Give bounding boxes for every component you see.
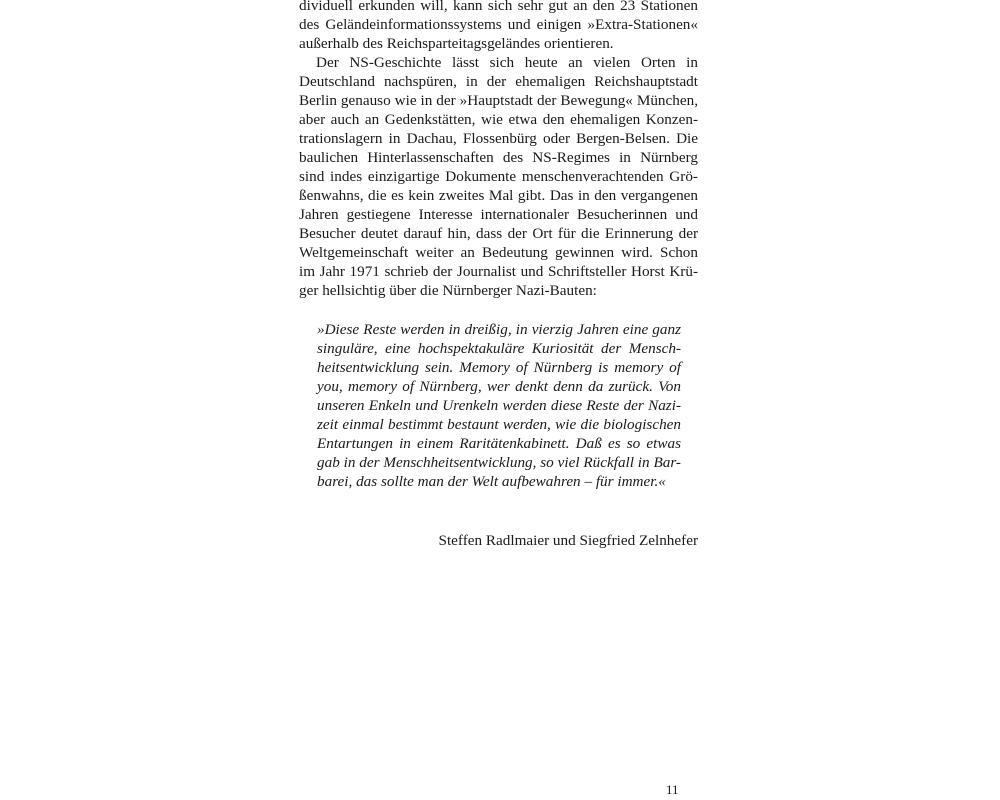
text-line: ger hellsichtig über die Nürnberger Nazi…: [299, 281, 698, 300]
author-signature: Steffen Radlmaier und Siegfried Zelnhefe…: [439, 531, 699, 550]
quote-line: »Diese Reste werden in dreißig, in vierz…: [317, 320, 681, 339]
quote-line: unseren Enkeln und Urenkeln werden diese…: [317, 396, 681, 415]
text-line: des Geländeinformationssystems und einig…: [299, 15, 698, 34]
text-line: Besucher deutet darauf hin, dass der Ort…: [299, 224, 698, 243]
paragraph-1: dividuell erkunden will, kann sich sehr …: [299, 0, 698, 53]
quote-line: you, memory of Nürnberg, wer denkt denn …: [317, 377, 681, 396]
text-line: aber auch an Gedenkstätten, wie etwa den…: [299, 110, 698, 129]
text-line: im Jahr 1971 schrieb der Journalist und …: [299, 262, 698, 281]
text-line: sind indes einzigartige Dokumente mensch…: [299, 167, 698, 186]
text-line: außerhalb des Reichsparteitagsgeländes o…: [299, 34, 698, 53]
block-quote: »Diese Reste werden in dreißig, in vierz…: [317, 320, 681, 491]
text-line: Der NS-Geschichte lässt sich heute an vi…: [299, 53, 698, 72]
quote-line: singuläre, eine hochspektakuläre Kuriosi…: [317, 339, 681, 358]
text-line: Jahren gestiegene Interesse internationa…: [299, 205, 698, 224]
body-text: dividuell erkunden will, kann sich sehr …: [299, 0, 698, 300]
text-line: Deutschland nachspüren, in der ehemalige…: [299, 72, 698, 91]
quote-line: barei, das sollte man der Welt aufbewahr…: [317, 472, 681, 491]
text-line: baulichen Hinterlassenschaften des NS-Re…: [299, 148, 698, 167]
paragraph-2: Der NS-Geschichte lässt sich heute an vi…: [299, 53, 698, 300]
text-line: dividuell erkunden will, kann sich sehr …: [299, 0, 698, 15]
text-line: Berlin genauso wie in der »Hauptstadt de…: [299, 91, 698, 110]
text-line: trationslagern in Dachau, Flossenbürg od…: [299, 129, 698, 148]
quote-line: gab in der Menschheitsentwicklung, so vi…: [317, 453, 681, 472]
quote-line: zeit einmal bestimmt bestaunt werden, wi…: [317, 415, 681, 434]
page-number: 11: [666, 782, 679, 798]
text-line: Weltgemeinschaft weiter an Bedeutung gew…: [299, 243, 698, 262]
quote-line: Entartungen in einem Raritätenkabinett. …: [317, 434, 681, 453]
text-line: ßenwahns, die es kein zweites Mal gibt. …: [299, 186, 698, 205]
quote-line: heitsentwicklung sein. Memory of Nürnber…: [317, 358, 681, 377]
